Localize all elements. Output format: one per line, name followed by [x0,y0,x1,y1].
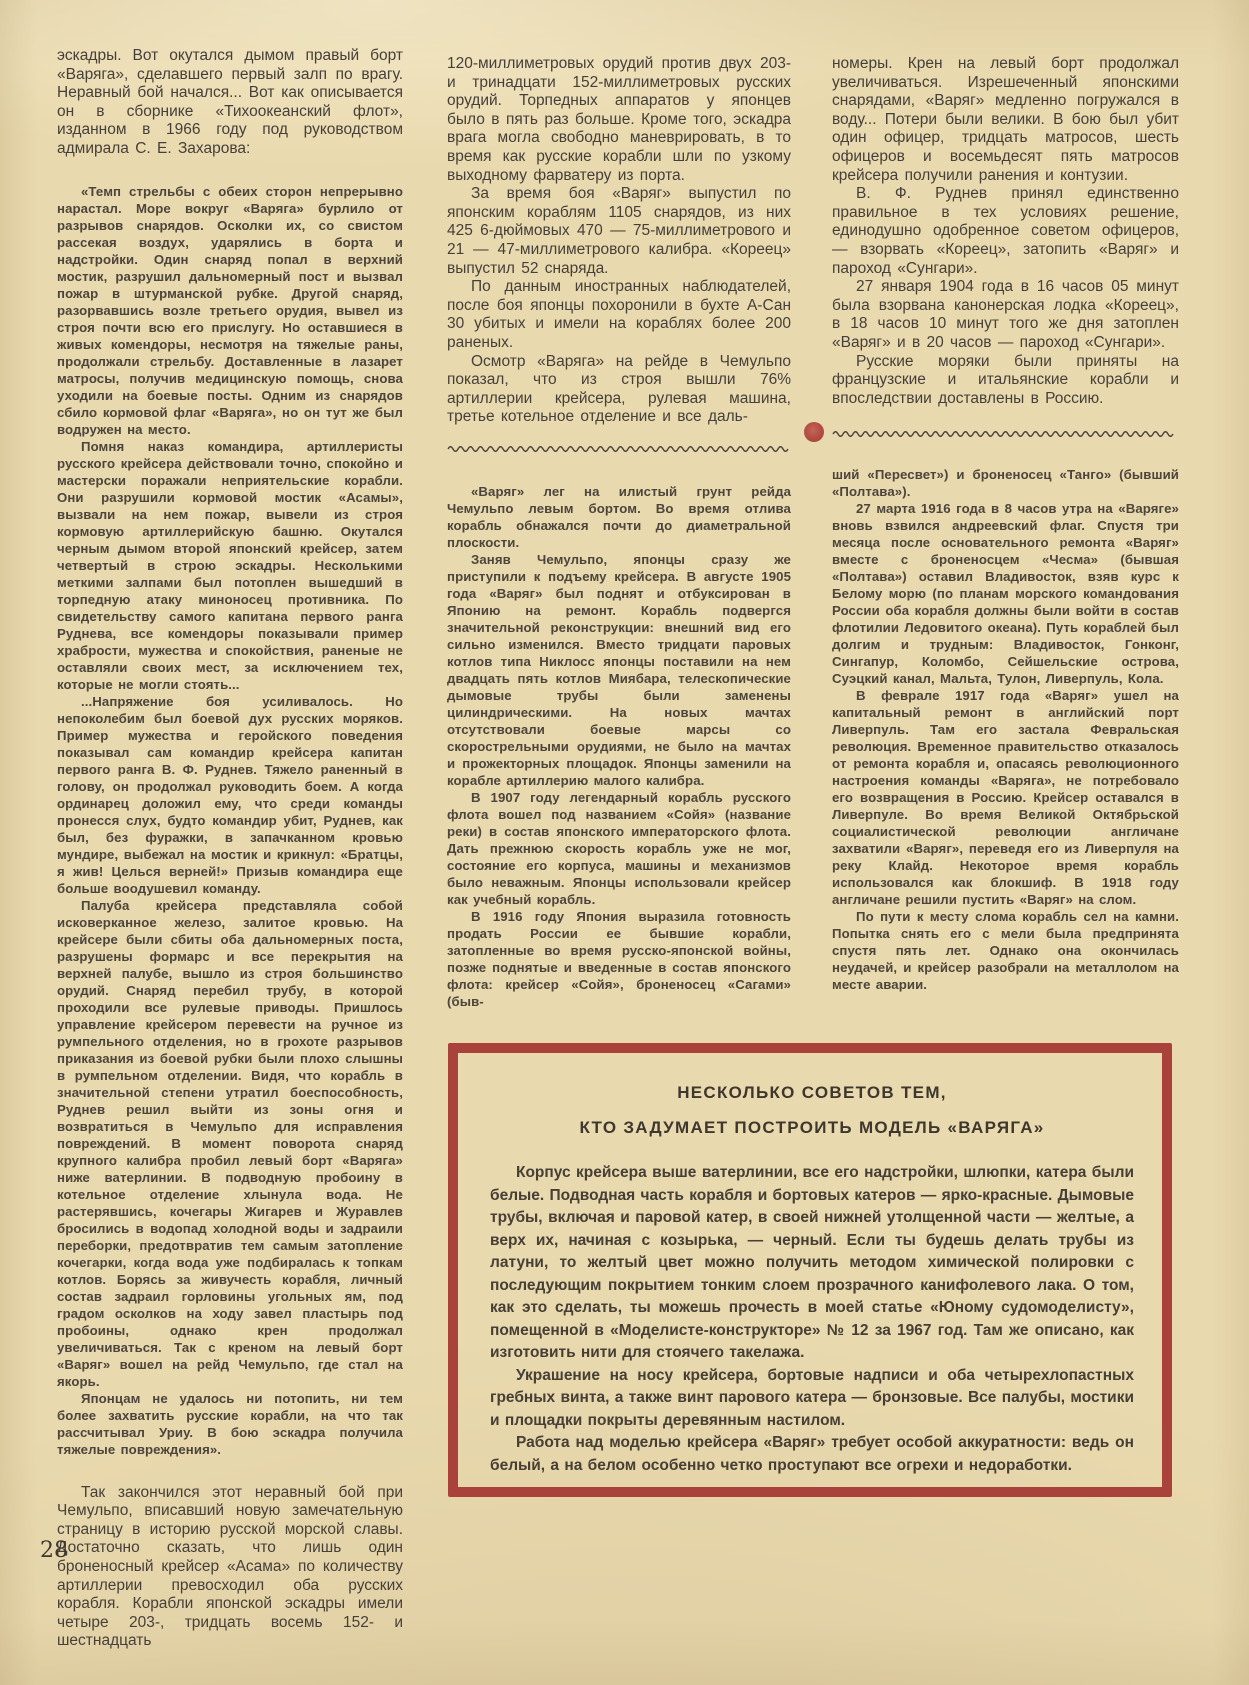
red-dot-ornament [804,422,824,442]
paragraph: По пути к месту слома корабль сел на кам… [832,908,1179,993]
paragraph: По данным иностранных наблюдателей, посл… [447,278,791,352]
column-3: номеры. Крен на левый борт продолжал уве… [832,55,1179,993]
box-paragraph: Украшение на носу крейсера, бортовые над… [490,1365,1134,1433]
paragraph: Осмотр «Варяга» на рейде в Чемульпо пока… [447,353,791,427]
paragraph: Палуба крейсера представляла собой исков… [57,897,403,1390]
box-title-line-1: НЕСКОЛЬКО СОВЕТОВ ТЕМ, [490,1083,1134,1103]
paragraph: Так закончился этот неравный бой при Чем… [57,1484,403,1651]
magazine-page: эскадры. Вот окутался дымом правый борт … [0,0,1249,1685]
paragraph: За время боя «Варяг» выпустил по японски… [447,185,791,278]
paragraph: В феврале 1917 года «Варяг» ушел на капи… [832,687,1179,908]
paragraph: 120-миллиметровых орудий против двух 203… [447,55,791,185]
paragraph: эскадры. Вот окутался дымом правый борт … [57,47,403,159]
paragraph: ший «Пересвет») и броненосец «Танго» (бы… [832,466,1179,500]
paragraph: В 1907 году легендарный корабль русского… [447,789,791,908]
paragraph: В 1916 году Япония выразила готовность п… [447,908,791,1010]
paragraph: В. Ф. Руднев принял единственно правильн… [832,185,1179,278]
paragraph: номеры. Крен на левый борт продолжал уве… [832,55,1179,185]
page-number: 28 [40,1538,68,1563]
column-1: эскадры. Вот окутался дымом правый борт … [57,47,403,1651]
box-paragraph: Корпус крейсера выше ватерлинии, все его… [490,1162,1134,1365]
paragraph: «Варяг» лег на илистый грунт рейда Чемул… [447,483,791,551]
wavy-divider [447,443,791,453]
wavy-divider [832,428,1179,438]
paragraph: Русские моряки были приняты на французск… [832,353,1179,409]
box-title-line-2: КТО ЗАДУМАЕТ ПОСТРОИТЬ МОДЕЛЬ «ВАРЯГА» [490,1118,1134,1138]
box-paragraph: Работа над моделью крейсера «Варяг» треб… [490,1432,1134,1477]
paragraph: ...Напряжение боя усиливалось. Но непоко… [57,693,403,897]
model-tips-box: НЕСКОЛЬКО СОВЕТОВ ТЕМ, КТО ЗАДУМАЕТ ПОСТ… [448,1043,1172,1497]
column-2: 120-миллиметровых орудий против двух 203… [447,55,791,1010]
paragraph: «Темп стрельбы с обеих сторон непрерывно… [57,183,403,438]
paragraph: Помня наказ командира, артиллеристы русс… [57,438,403,693]
paragraph: Заняв Чемульпо, японцы сразу же приступи… [447,551,791,789]
paragraph: 27 января 1904 года в 16 часов 05 минут … [832,278,1179,352]
paragraph: Японцам не удалось ни потопить, ни тем б… [57,1390,403,1458]
paragraph: 27 марта 1916 года в 8 часов утра на «Ва… [832,500,1179,687]
